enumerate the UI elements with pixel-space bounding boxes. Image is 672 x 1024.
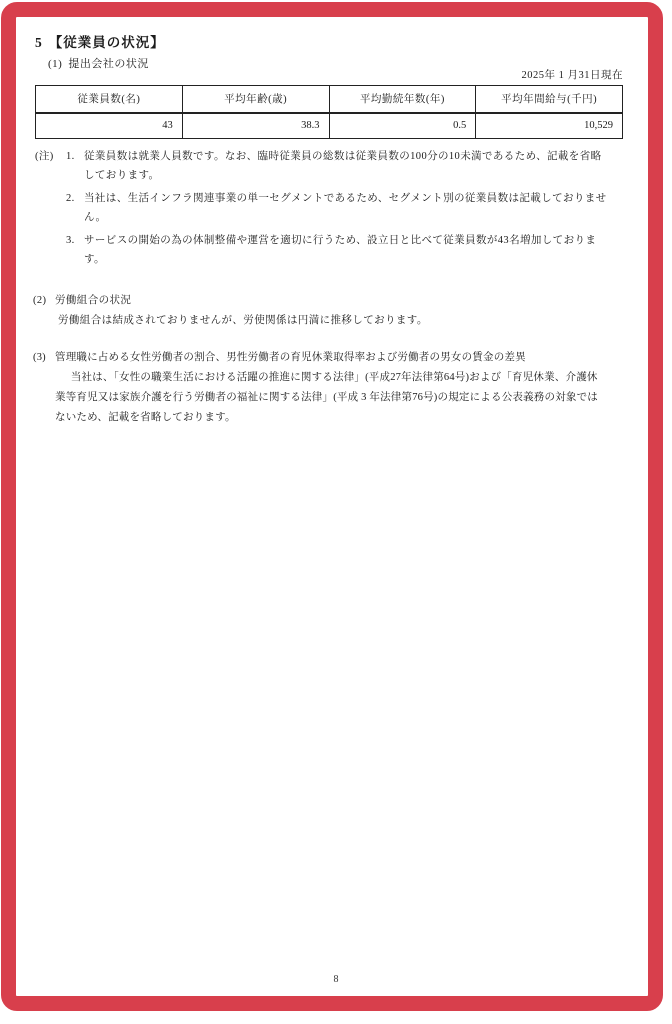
table-header-row: 従業員数(名) 平均年齢(歳) 平均勤続年数(年) 平均年間給与(千円) [36, 86, 623, 113]
col-header-average-tenure: 平均勤続年数(年) [329, 86, 476, 113]
subsection2-label: (2) [33, 291, 55, 311]
subsection3-body: 当社は、「女性の職業生活における活躍の推進に関する法律」(平成27年法律第64号… [55, 368, 633, 428]
note-mark: (注) [35, 147, 66, 185]
note-number: 1. [66, 147, 84, 185]
note-text: 当社は、生活インフラ関連事業の単一セグメントであるため、セグメント別の従業員数は… [84, 189, 627, 227]
note-text: サービスの開始の為の体制整備や運営を適切に行うため、設立日と比べて従業員数が43… [84, 231, 627, 269]
note-item-2: 2. 当社は、生活インフラ関連事業の単一セグメントであるため、セグメント別の従業… [35, 189, 627, 227]
subsection2: (2) 労働組合の状況 労働組合は結成されておりませんが、労使関係は円満に推移し… [33, 291, 633, 331]
note-text: 従業員数は就業人員数です。なお、臨時従業員の総数は従業員数の100分の10未満で… [84, 147, 627, 185]
table-data-row: 43 38.3 0.5 10,529 [36, 113, 623, 139]
subsection3: (3) 管理職に占める女性労働者の割合、男性労働者の育児休業取得率および労働者の… [33, 348, 633, 428]
note-item-3: 3. サービスの開始の為の体制整備や運営を適切に行うため、設立日と比べて従業員数… [35, 231, 627, 269]
subsection2-heading: (2) 労働組合の状況 [33, 291, 633, 311]
cell-average-age: 38.3 [182, 113, 329, 139]
note-item-1: (注) 1. 従業員数は就業人員数です。なお、臨時従業員の総数は従業員数の100… [35, 147, 627, 185]
subsection2-title: 労働組合の状況 [55, 291, 131, 311]
subsection2-body: 労働組合は結成されておりませんが、労使関係は円満に推移しております。 [58, 311, 633, 331]
notes-block: (注) 1. 従業員数は就業人員数です。なお、臨時従業員の総数は従業員数の100… [35, 147, 627, 273]
page-number: 8 [0, 974, 672, 985]
section-title-text: 【従業員の状況】 [49, 35, 165, 50]
section-title: 5【従業員の状況】 [35, 31, 165, 51]
note-mark-spacer [35, 189, 66, 227]
note-mark-spacer [35, 231, 66, 269]
col-header-employee-count: 従業員数(名) [36, 86, 183, 113]
col-header-average-age: 平均年齢(歳) [182, 86, 329, 113]
subsection3-label: (3) [33, 348, 55, 368]
cell-employee-count: 43 [36, 113, 183, 139]
section-number: 5 [35, 35, 43, 50]
col-header-average-salary: 平均年間給与(千円) [476, 86, 623, 113]
subsection3-title: 管理職に占める女性労働者の割合、男性労働者の育児休業取得率および労働者の男女の賃… [55, 348, 526, 368]
note-number: 3. [66, 231, 84, 269]
cell-average-salary: 10,529 [476, 113, 623, 139]
document-page: { "page": { "number": "8", "frame_color"… [0, 0, 672, 1024]
as-of-date: 2025年 1 月31日現在 [35, 67, 623, 82]
note-number: 2. [66, 189, 84, 227]
subsection3-heading: (3) 管理職に占める女性労働者の割合、男性労働者の育児休業取得率および労働者の… [33, 348, 633, 368]
cell-average-tenure: 0.5 [329, 113, 476, 139]
employee-status-table: 従業員数(名) 平均年齢(歳) 平均勤続年数(年) 平均年間給与(千円) 43 … [35, 85, 623, 139]
